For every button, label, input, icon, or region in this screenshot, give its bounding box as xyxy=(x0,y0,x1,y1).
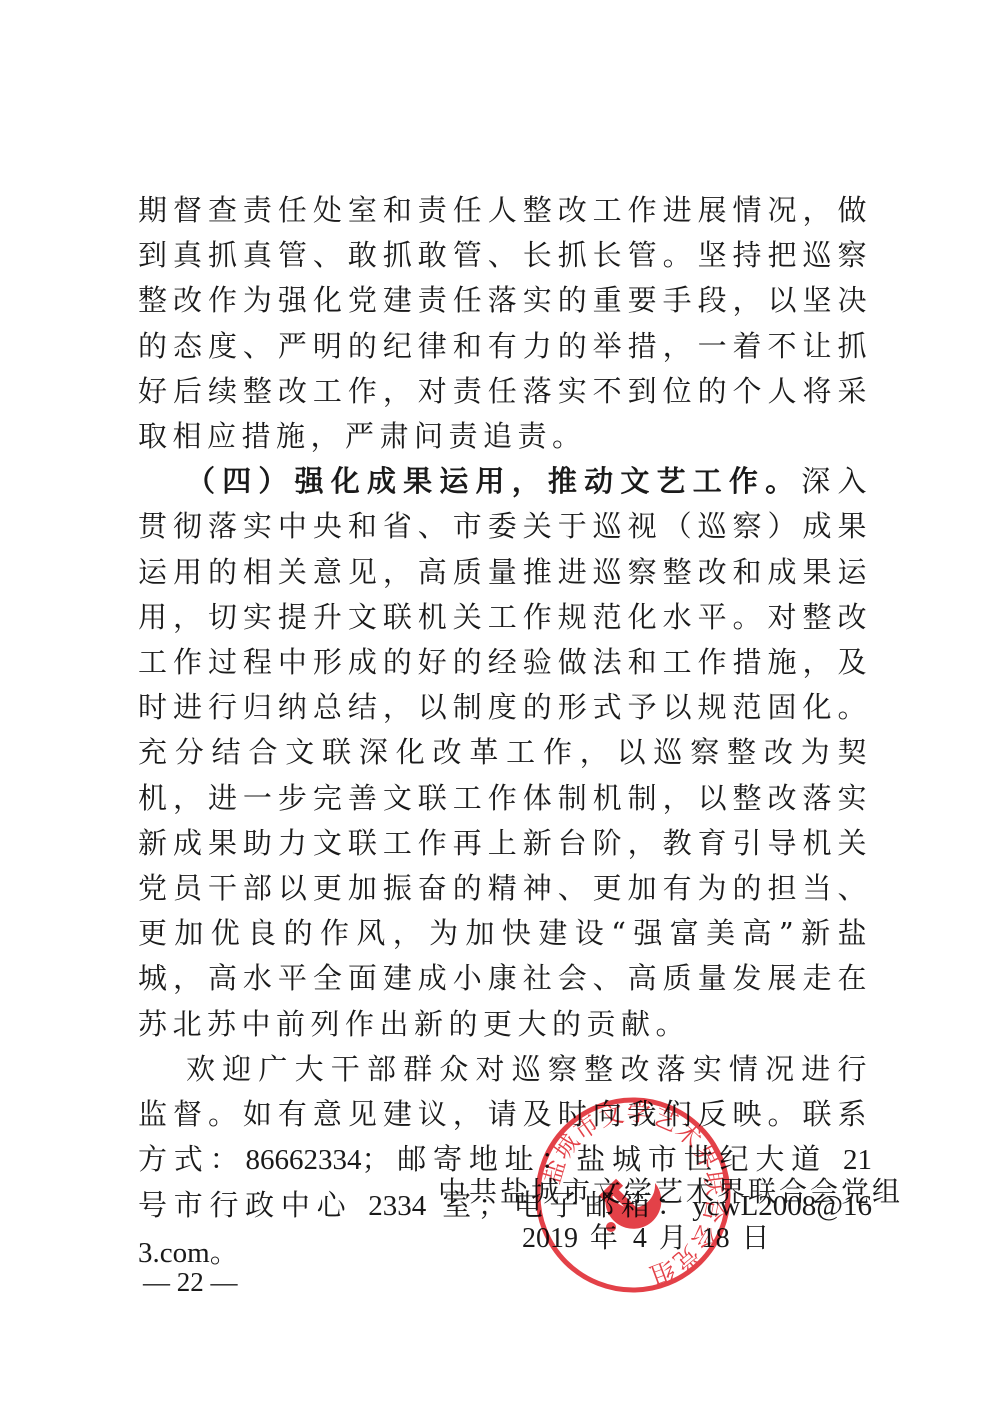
official-seal-icon: 盐城市文学艺术界联合会党组 xyxy=(533,1095,733,1295)
page-number: — 22 — xyxy=(143,1262,238,1302)
date-day-unit: 日 xyxy=(730,1221,773,1254)
address-text: 号市行政中心 xyxy=(138,1188,368,1222)
room-number: 2334 xyxy=(368,1190,426,1222)
paragraph-supervision: 期督查责任处室和责任人整改工作进展情况，做到真抓真管、敢抓敢管、长抓长管。坚持把… xyxy=(138,188,872,459)
phone-number: 86662334 xyxy=(245,1144,361,1176)
body-text: 期督查责任处室和责任人整改工作进展情况，做到真抓真管、敢抓敢管、长抓长管。坚持把… xyxy=(138,188,872,1276)
document-page: 期督查责任处室和责任人整改工作进展情况，做到真抓真管、敢抓敢管、长抓长管。坚持把… xyxy=(0,0,1000,1418)
paragraph-results-application: （四）强化成果运用，推动文艺工作。深入贯彻落实中央和省、市委关于巡视（巡察）成果… xyxy=(138,459,872,1047)
paragraph-text: 深入贯彻落实中央和省、市委关于巡视（巡察）成果运用的相关意见，高质量推进巡察整改… xyxy=(138,464,872,1040)
hammer-sickle-icon xyxy=(599,1179,661,1232)
section-heading: （四）强化成果运用，推动文艺工作。 xyxy=(186,464,801,498)
paragraph-text: 期督查责任处室和责任人整改工作进展情况，做到真抓真管、敢抓敢管、长抓长管。坚持把… xyxy=(138,193,872,453)
